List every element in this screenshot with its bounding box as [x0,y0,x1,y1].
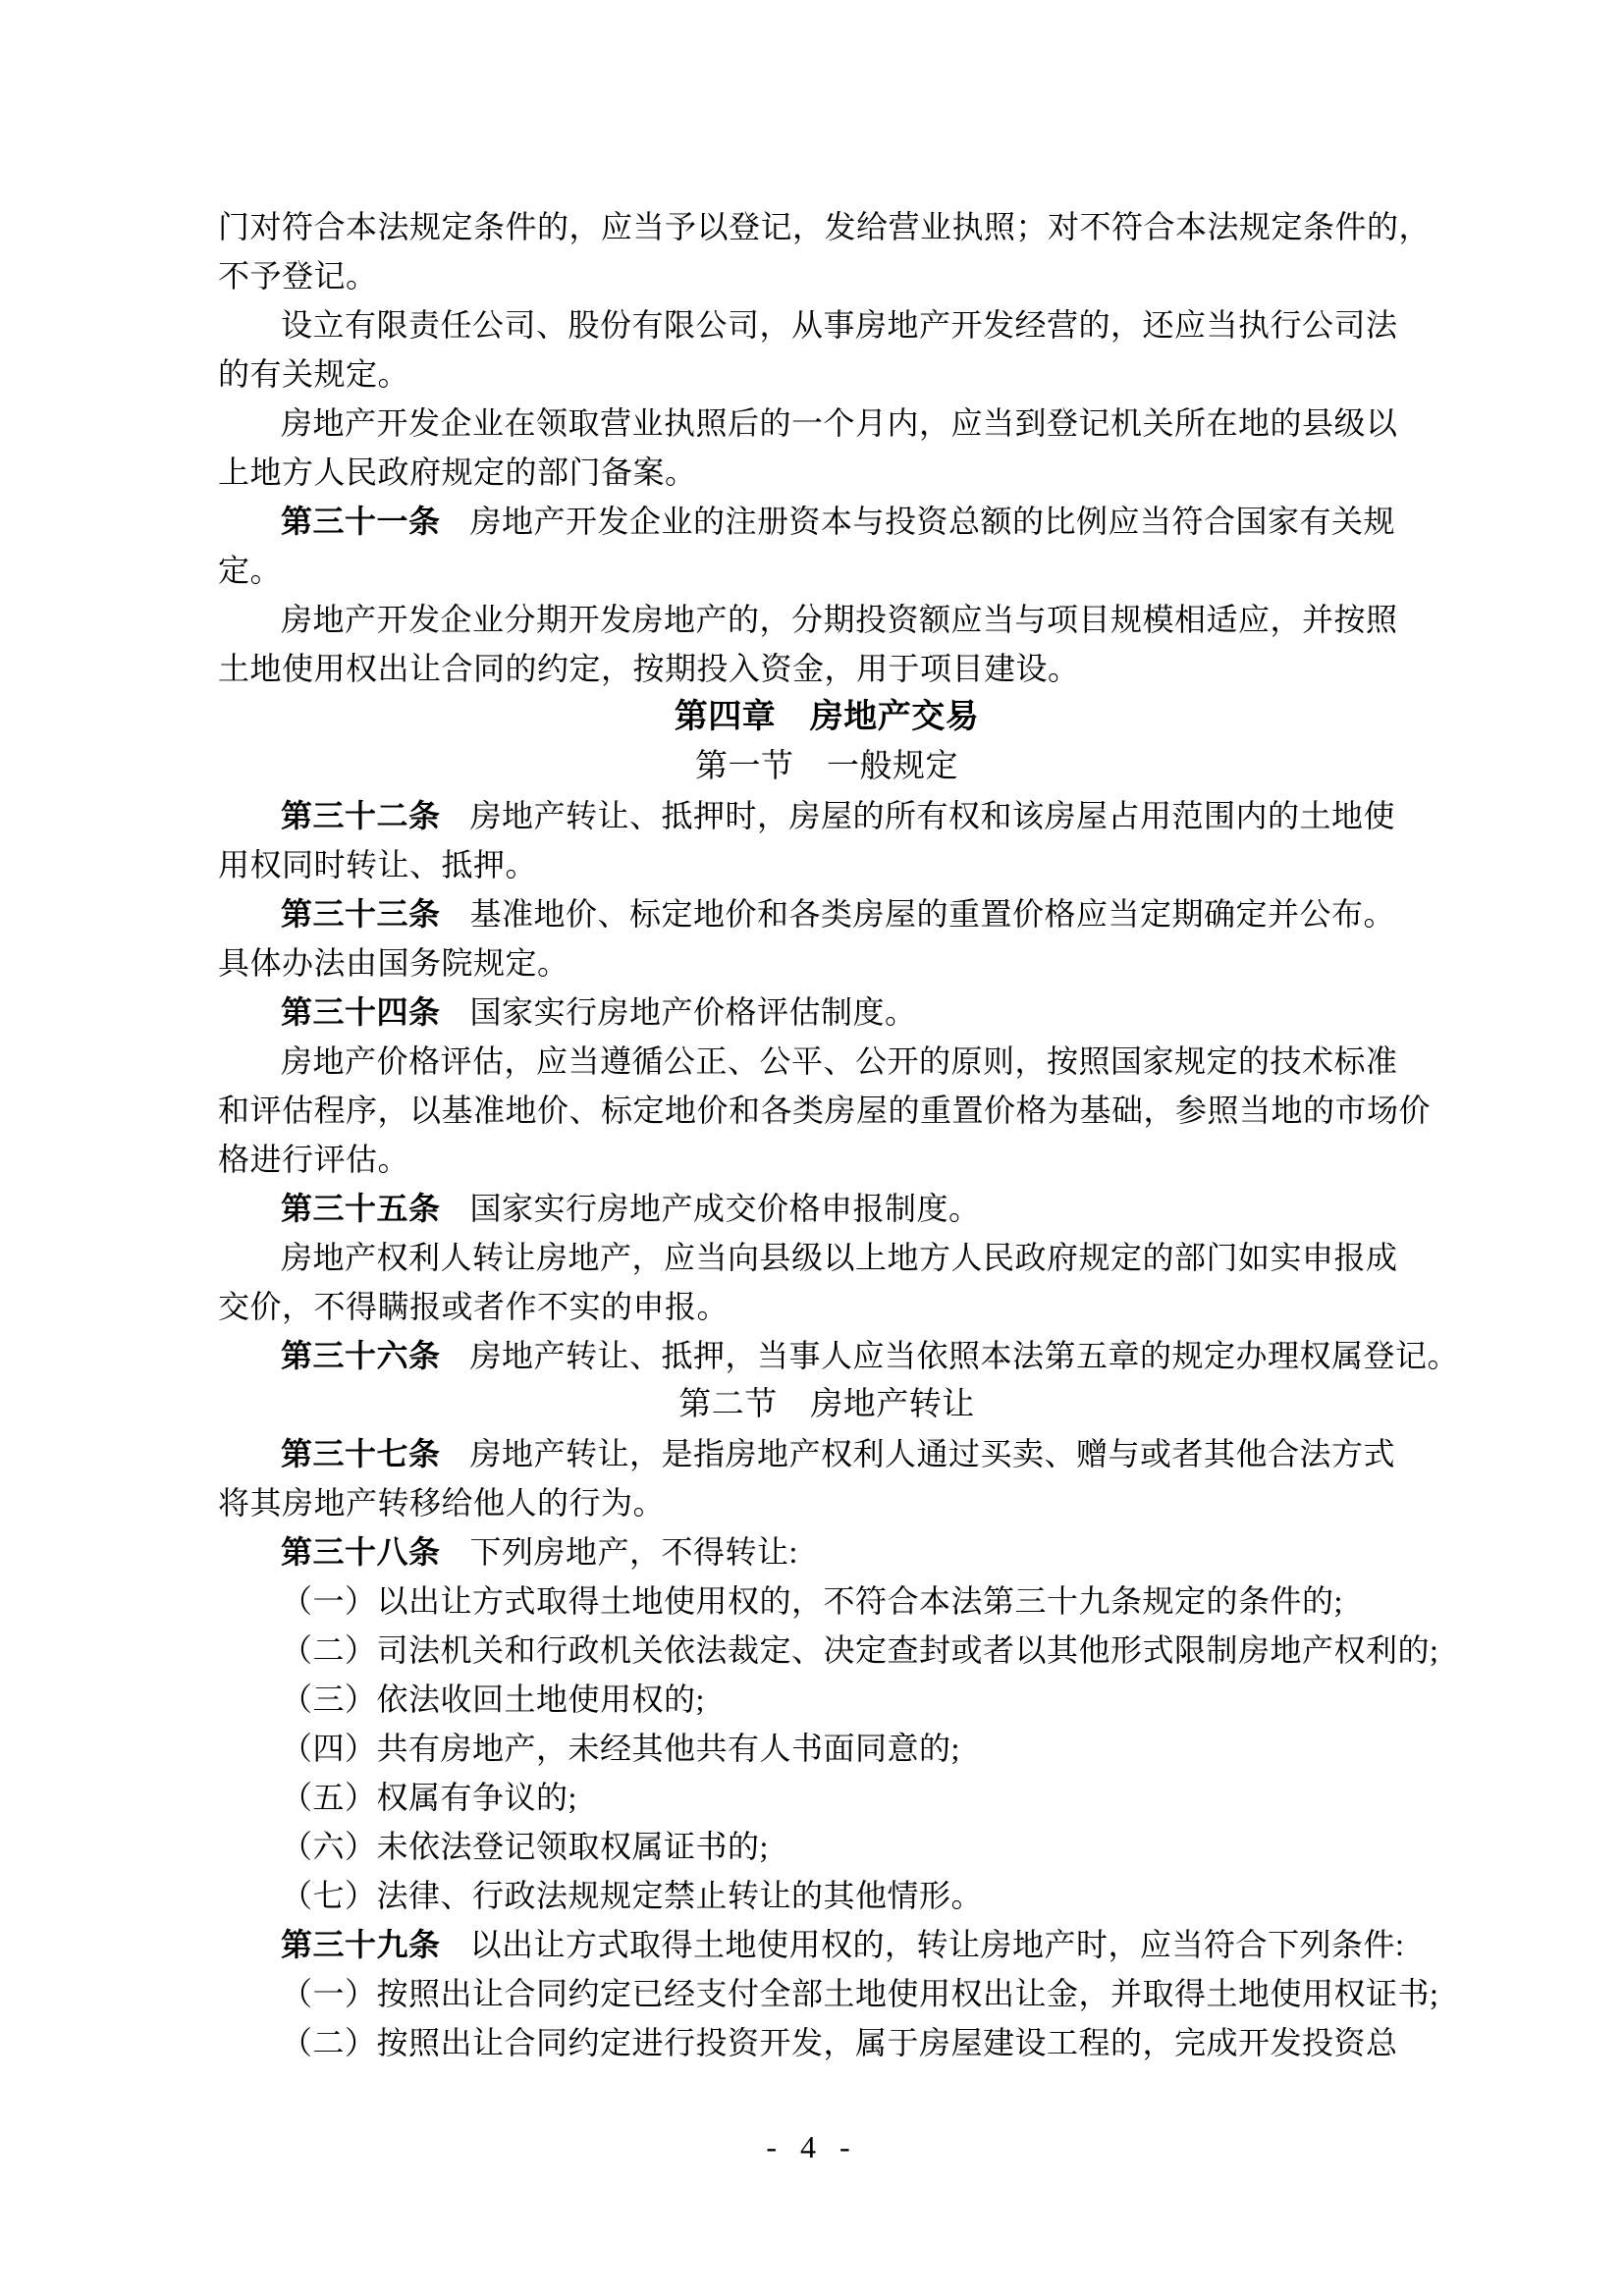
section-heading: 第二节 房地产转让 [218,1380,1435,1429]
line-text: （一）以出让方式取得土地使用权的，不符合本法第三十九条规定的条件的; [281,1583,1343,1619]
line-text: 格进行评估。 [218,1142,409,1177]
article-number: 第三十五条 [281,1191,441,1226]
section-heading: 第一节 一般规定 [218,742,1435,791]
text-line: 设立有限责任公司、股份有限公司，从事房地产开发经营的，还应当执行公司法 [218,300,1435,349]
text-line: 房地产权利人转让房地产，应当向县级以上地方人民政府规定的部门如实申报成 [218,1233,1435,1282]
line-text: 基准地价、标定地价和各类房屋的重置价格应当定期确定并公布。 [470,896,1396,932]
article-number: 第三十八条 [281,1534,441,1570]
text-line: 第三十四条国家实行房地产价格评估制度。 [218,988,1435,1037]
text-line: 第三十二条房地产转让、抵押时，房屋的所有权和该房屋占用范围内的土地使 [218,791,1435,840]
article-number: 第三十一条 [281,504,441,539]
line-text: 房地产开发企业分期开发房地产的，分期投资额应当与项目规模相适应，并按照 [281,602,1398,637]
article-number: 第三十二条 [281,798,441,833]
line-text: 将其房地产转移给他人的行为。 [218,1485,665,1521]
text-line: （三）依法收回土地使用权的; [218,1675,1435,1724]
line-text: 房地产价格评估，应当遵循公正、公平、公开的原则，按照国家规定的技术标准 [281,1043,1398,1079]
line-text: （六）未依法登记领取权属证书的; [281,1829,769,1864]
text-line: 房地产开发企业在领取营业执照后的一个月内，应当到登记机关所在地的县级以 [218,399,1435,448]
line-text: （一）按照出让合同约定已经支付全部土地使用权出让金，并取得土地使用权证书; [281,1976,1438,2011]
line-text: 交价，不得瞒报或者作不实的申报。 [218,1289,729,1324]
text-line: 不予登记。 [218,251,1435,300]
line-text: 以出让方式取得土地使用权的，转让房地产时，应当符合下列条件: [470,1927,1405,1962]
line-text: 房地产转让、抵押，当事人应当依照本法第五章的规定办理权属登记。 [470,1338,1460,1373]
article-number: 第三十六条 [281,1338,441,1373]
line-text: （三）依法收回土地使用权的; [281,1682,705,1717]
text-line: 门对符合本法规定条件的，应当予以登记，发给营业执照；对不符合本法规定条件的， [218,202,1435,251]
text-line: 第三十一条房地产开发企业的注册资本与投资总额的比例应当符合国家有关规 [218,497,1435,546]
text-line: （一）按照出让合同约定已经支付全部土地使用权出让金，并取得土地使用权证书; [218,1969,1435,2018]
line-text: （二）司法机关和行政机关依法裁定、决定查封或者以其他形式限制房地产权利的; [281,1632,1438,1668]
line-text: 第一节 一般规定 [695,749,958,784]
line-text: 用权同时转让、抵押。 [218,847,537,882]
line-text: 房地产转让、抵押时，房屋的所有权和该房屋占用范围内的土地使 [470,798,1396,833]
line-text: 第二节 房地产转让 [678,1387,975,1422]
line-text: 房地产转让，是指房地产权利人通过买卖、赠与或者其他合法方式 [470,1436,1396,1471]
line-text: 的有关规定。 [218,356,409,392]
line-text: 房地产开发企业在领取营业执照后的一个月内，应当到登记机关所在地的县级以 [281,405,1398,441]
text-line: （五）权属有争议的; [218,1773,1435,1822]
line-text: 上地方人民政府规定的部门备案。 [218,454,697,490]
line-text: 门对符合本法规定条件的，应当予以登记，发给营业执照；对不符合本法规定条件的， [218,209,1431,244]
text-line: （七）法律、行政法规规定禁止转让的其他情形。 [218,1871,1435,1920]
document-page: 门对符合本法规定条件的，应当予以登记，发给营业执照；对不符合本法规定条件的，不予… [0,0,1624,2296]
document-body: 门对符合本法规定条件的，应当予以登记，发给营业执照；对不符合本法规定条件的，不予… [218,202,1435,2067]
text-line: 房地产开发企业分期开发房地产的，分期投资额应当与项目规模相适应，并按照 [218,595,1435,644]
text-line: 第三十三条基准地价、标定地价和各类房屋的重置价格应当定期确定并公布。 [218,889,1435,938]
text-line: 上地方人民政府规定的部门备案。 [218,448,1435,497]
chapter-heading: 第四章 房地产交易 [218,693,1435,742]
line-text: 房地产权利人转让房地产，应当向县级以上地方人民政府规定的部门如实申报成 [281,1240,1398,1275]
text-line: 具体办法由国务院规定。 [218,938,1435,988]
text-line: 和评估程序，以基准地价、标定地价和各类房屋的重置价格为基础，参照当地的市场价 [218,1086,1435,1135]
article-number: 第三十四条 [281,994,441,1030]
line-text: 设立有限责任公司、股份有限公司，从事房地产开发经营的，还应当执行公司法 [281,307,1398,343]
text-line: 的有关规定。 [218,349,1435,399]
line-text: 和评估程序，以基准地价、标定地价和各类房屋的重置价格为基础，参照当地的市场价 [218,1093,1431,1128]
text-line: （六）未依法登记领取权属证书的; [218,1822,1435,1871]
line-text: 不予登记。 [218,258,378,294]
text-line: 格进行评估。 [218,1135,1435,1184]
text-line: （一）以出让方式取得土地使用权的，不符合本法第三十九条规定的条件的; [218,1576,1435,1626]
line-text: 国家实行房地产成交价格申报制度。 [470,1191,981,1226]
page-number: - 4 - [0,2122,1624,2171]
text-line: （二）按照出让合同约定进行投资开发，属于房屋建设工程的，完成开发投资总 [218,2018,1435,2067]
line-text: （四）共有房地产，未经其他共有人书面同意的; [281,1731,960,1766]
text-line: 交价，不得瞒报或者作不实的申报。 [218,1282,1435,1331]
text-line: （二）司法机关和行政机关依法裁定、决定查封或者以其他形式限制房地产权利的; [218,1626,1435,1675]
text-line: 第三十六条房地产转让、抵押，当事人应当依照本法第五章的规定办理权属登记。 [218,1331,1435,1380]
line-text: 具体办法由国务院规定。 [218,945,569,981]
line-text: （五）权属有争议的; [281,1780,577,1815]
text-line: 第三十九条以出让方式取得土地使用权的，转让房地产时，应当符合下列条件: [218,1920,1435,1969]
article-number: 第三十七条 [281,1436,441,1471]
line-text: 土地使用权出让合同的约定，按期投入资金，用于项目建设。 [218,651,1080,686]
text-line: 用权同时转让、抵押。 [218,840,1435,889]
line-text: 下列房地产，不得转让: [470,1534,798,1570]
line-text: 国家实行房地产价格评估制度。 [470,994,917,1030]
text-line: 将其房地产转移给他人的行为。 [218,1478,1435,1527]
line-text: 定。 [218,553,282,588]
text-line: 第三十八条下列房地产，不得转让: [218,1527,1435,1576]
article-number: 第三十三条 [281,896,441,932]
text-line: 第三十七条房地产转让，是指房地产权利人通过买卖、赠与或者其他合法方式 [218,1429,1435,1478]
text-line: 土地使用权出让合同的约定，按期投入资金，用于项目建设。 [218,644,1435,693]
article-number: 第三十九条 [281,1927,441,1962]
line-text: （二）按照出让合同约定进行投资开发，属于房屋建设工程的，完成开发投资总 [281,2025,1398,2060]
line-text: （七）法律、行政法规规定禁止转让的其他情形。 [281,1878,983,1913]
text-line: 房地产价格评估，应当遵循公正、公平、公开的原则，按照国家规定的技术标准 [218,1037,1435,1086]
text-line: （四）共有房地产，未经其他共有人书面同意的; [218,1724,1435,1773]
line-text: 第四章 房地产交易 [675,699,980,735]
text-line: 第三十五条国家实行房地产成交价格申报制度。 [218,1184,1435,1233]
text-line: 定。 [218,546,1435,595]
line-text: 房地产开发企业的注册资本与投资总额的比例应当符合国家有关规 [470,504,1396,539]
